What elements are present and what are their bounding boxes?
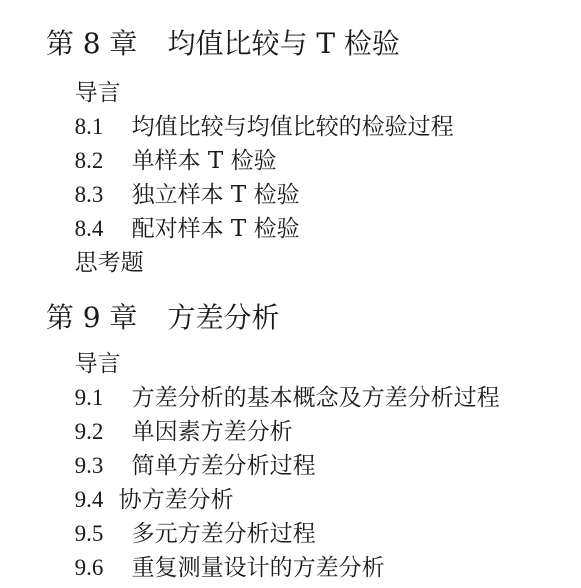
section-number: 9.6 [75,554,132,582]
toc-entry-exercises[interactable]: 思考题 [60,221,144,277]
entry-title: 配对样本 T 检验 [132,215,300,243]
chapter-title: 均值比较与 T 检验 [167,28,399,60]
toc-entry-9-6[interactable]: 9.6重复测量设计的方差分析 [60,526,385,582]
chapter-title: 方差分析 [167,302,279,334]
entry-title: 重复测量设计的方差分析 [132,554,385,582]
